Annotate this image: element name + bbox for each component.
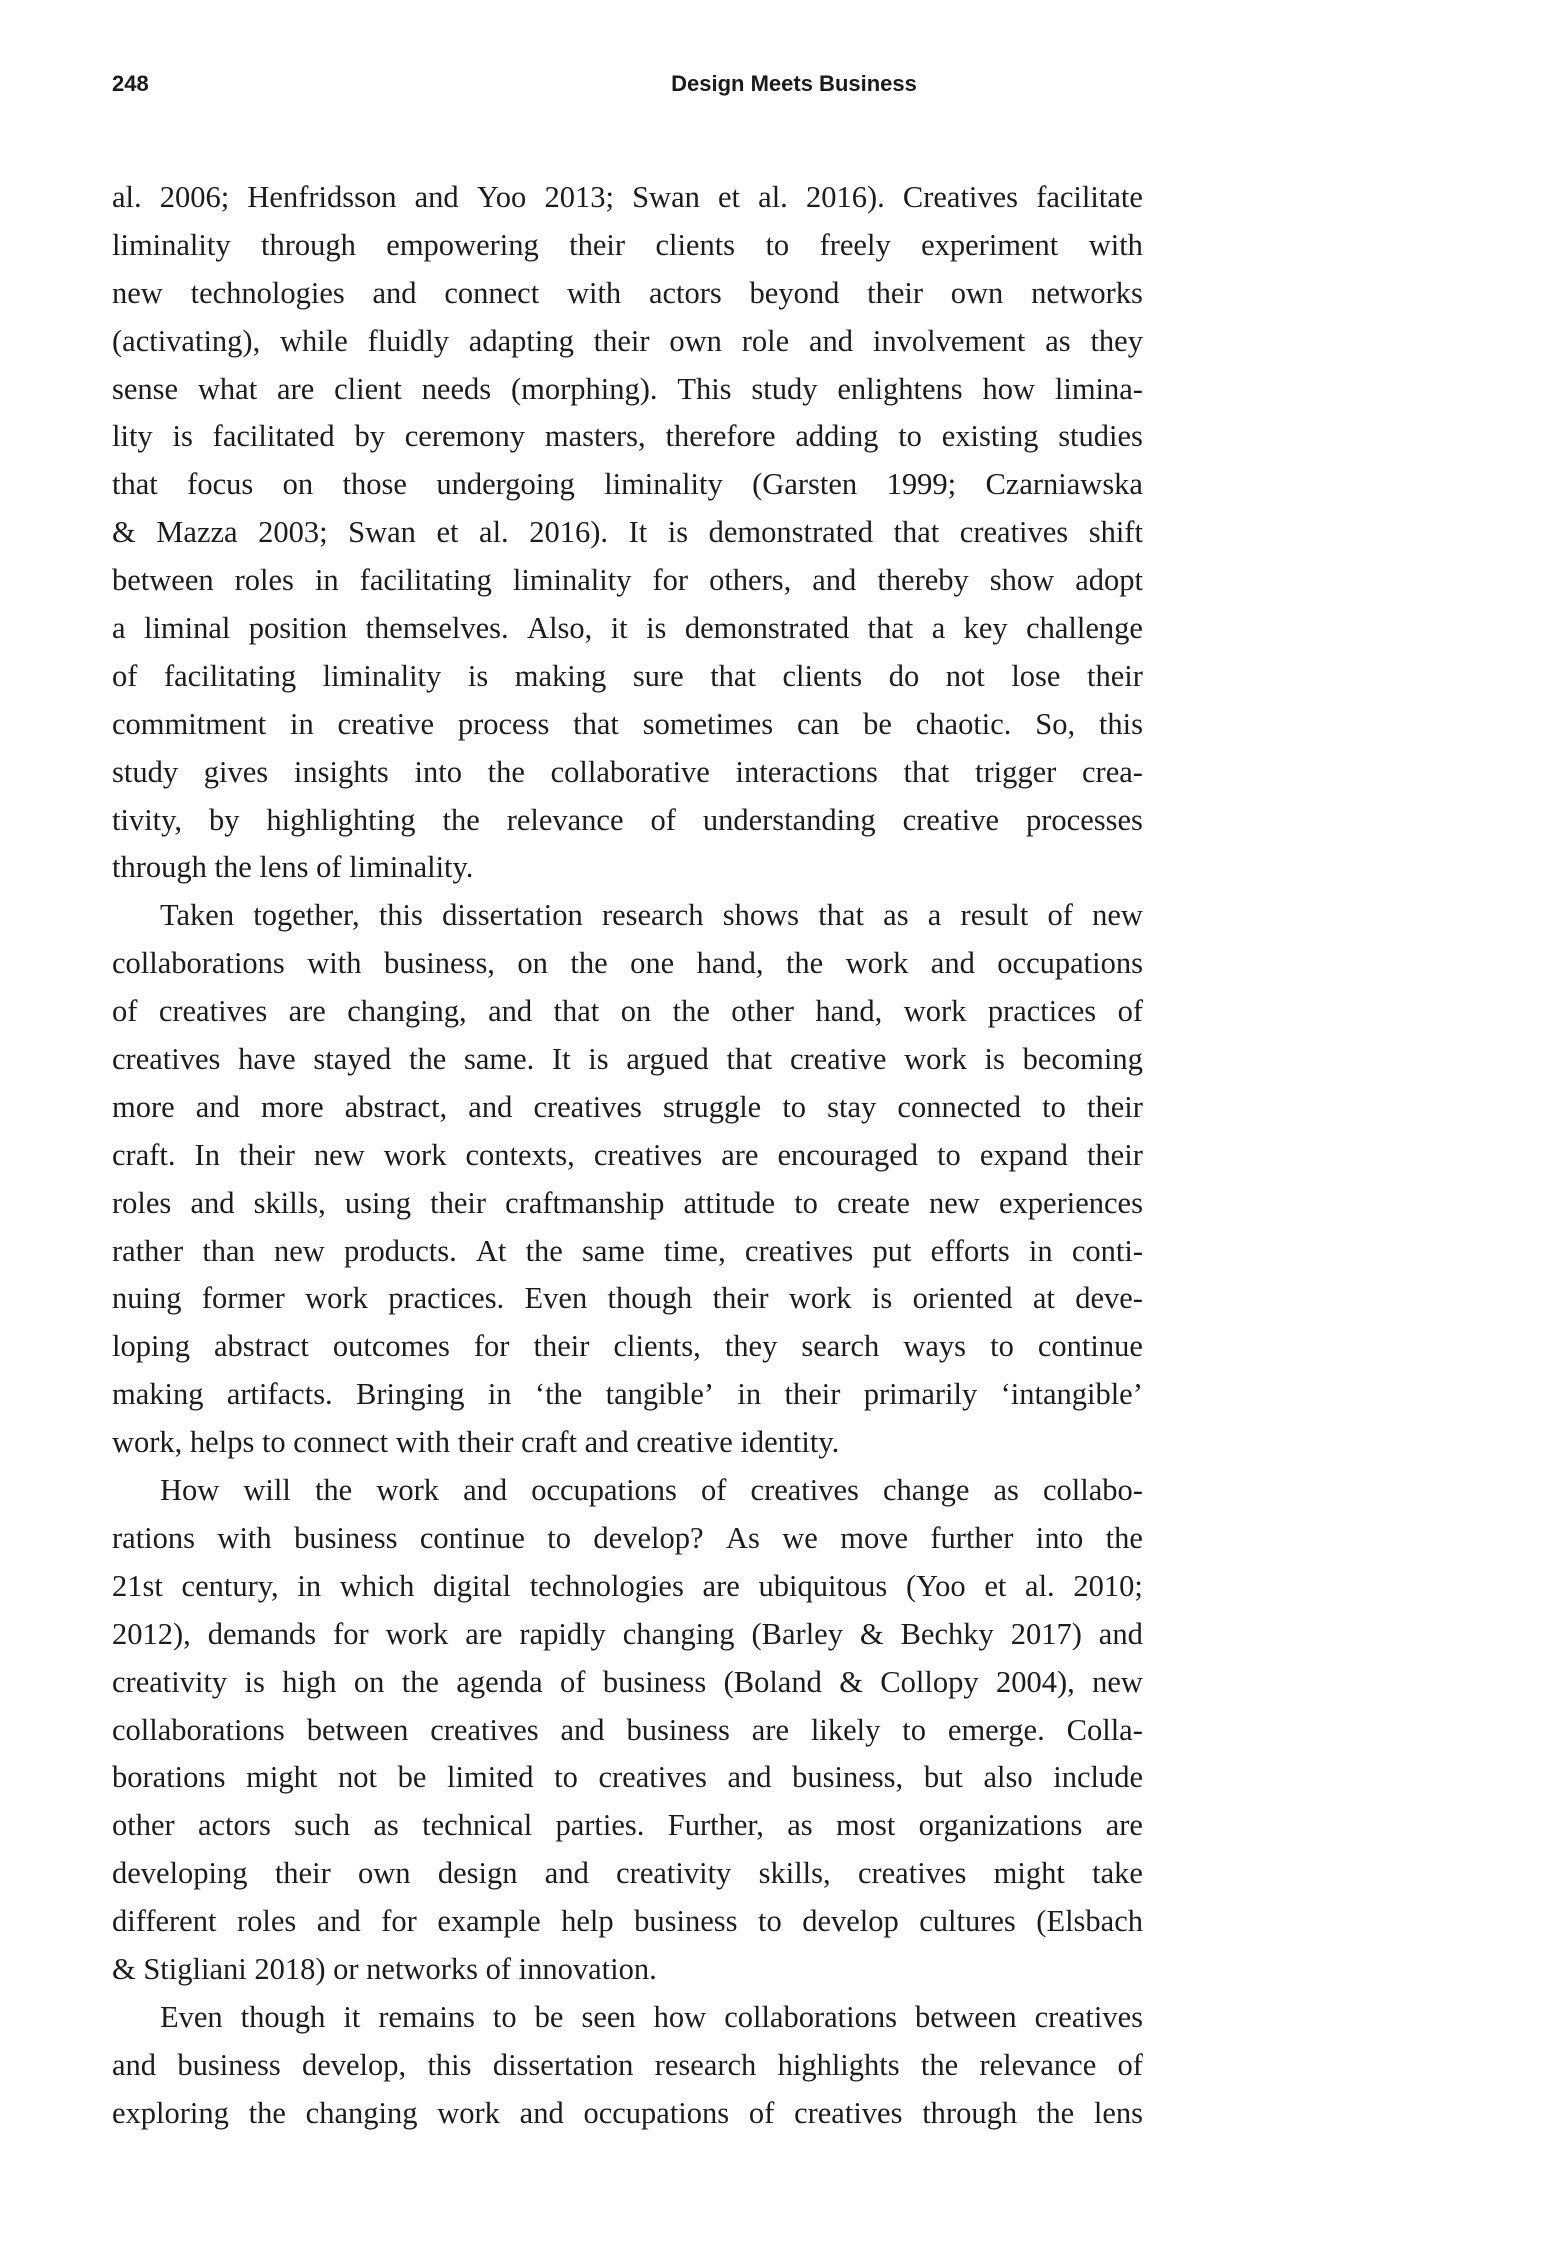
word: (Barley xyxy=(752,1611,843,1659)
word: those xyxy=(343,461,407,509)
text-line: borationsmightnotbelimitedtocreativesand… xyxy=(112,1754,1143,1802)
word: understanding xyxy=(703,797,876,845)
word: lens xyxy=(1094,2090,1143,2138)
word: their xyxy=(569,222,625,270)
word: and xyxy=(1099,1611,1143,1659)
word: for xyxy=(381,1898,417,1946)
text-line: makingartifacts.Bringingin‘thetangible’i… xyxy=(112,1371,1143,1419)
word: borations xyxy=(112,1754,226,1802)
word: are xyxy=(721,1132,758,1180)
word: Collopy xyxy=(880,1659,978,1707)
word: demonstrated xyxy=(709,509,873,557)
word: relevance xyxy=(979,2042,1096,2090)
word: develop xyxy=(802,1898,899,1946)
word: Bechky xyxy=(901,1611,994,1659)
word: facilitate xyxy=(1036,174,1143,222)
word: between xyxy=(307,1707,409,1755)
word: on xyxy=(621,988,652,1036)
word: the xyxy=(673,988,710,1036)
word: change xyxy=(883,1467,969,1515)
word: of xyxy=(701,1467,726,1515)
word: develop, xyxy=(302,2042,406,2090)
word: creatives xyxy=(1035,1994,1143,2042)
text-line: Takentogether,thisdissertationresearchsh… xyxy=(112,892,1143,940)
word: for xyxy=(474,1323,510,1371)
text-line: lopingabstractoutcomesfortheirclients,th… xyxy=(112,1323,1143,1371)
word: in xyxy=(315,557,339,605)
word: collabo- xyxy=(1043,1467,1143,1515)
word: work xyxy=(904,1036,967,1084)
word: adopt xyxy=(1075,557,1143,605)
word: facilitating xyxy=(164,653,296,701)
word: technical xyxy=(422,1802,532,1850)
word: this xyxy=(427,2042,471,2090)
word: be xyxy=(863,701,892,749)
word: business, xyxy=(792,1754,903,1802)
word: is xyxy=(646,605,666,653)
word: expand xyxy=(980,1132,1068,1180)
word: Colla- xyxy=(1067,1707,1143,1755)
text-line: craft.Intheirnewworkcontexts,creativesar… xyxy=(112,1132,1143,1180)
word: new xyxy=(929,1180,980,1228)
word: abstract xyxy=(214,1323,309,1371)
word: include xyxy=(1053,1754,1143,1802)
word: to xyxy=(547,1515,571,1563)
word: develop? xyxy=(593,1515,703,1563)
word: also xyxy=(983,1754,1032,1802)
text-line: collaborationsbetweencreativesandbusines… xyxy=(112,1707,1143,1755)
word: and xyxy=(190,1180,234,1228)
word: shift xyxy=(1089,509,1143,557)
text-line: moreandmoreabstract,andcreativesstruggle… xyxy=(112,1084,1143,1132)
text-line: 2012),demandsforworkarerapidlychanging(B… xyxy=(112,1611,1143,1659)
text-line: differentrolesandforexamplehelpbusinesst… xyxy=(112,1898,1143,1946)
word: and xyxy=(727,1754,771,1802)
word: needs xyxy=(422,366,491,414)
word: skills, xyxy=(254,1180,326,1228)
word: 2013; xyxy=(544,174,613,222)
word: high xyxy=(282,1659,336,1707)
word: seen xyxy=(581,1994,635,2042)
word: different xyxy=(112,1898,216,1946)
word: skills, xyxy=(759,1850,831,1898)
word: through xyxy=(922,2090,1017,2138)
word: craft. xyxy=(112,1132,176,1180)
word: of xyxy=(650,797,675,845)
word: (Garsten xyxy=(752,461,857,509)
text-line: offacilitatingliminalityismakingsurethat… xyxy=(112,653,1143,701)
word: that xyxy=(894,509,940,557)
word: a xyxy=(928,892,942,940)
word: rations xyxy=(112,1515,195,1563)
word: (Elsbach xyxy=(1036,1898,1143,1946)
word: as xyxy=(373,1802,398,1850)
word: to xyxy=(554,1754,578,1802)
word: this xyxy=(379,892,423,940)
running-title: Design Meets Business xyxy=(655,70,933,98)
word: At xyxy=(476,1228,507,1276)
word: sense xyxy=(112,366,178,414)
word: (morphing). xyxy=(511,366,658,414)
word: though xyxy=(608,1275,693,1323)
word: likely xyxy=(811,1707,880,1755)
word: encouraged xyxy=(777,1132,918,1180)
word: gives xyxy=(204,749,268,797)
word: that xyxy=(554,988,600,1036)
word: on xyxy=(283,461,314,509)
word: the xyxy=(488,749,525,797)
word: demonstrated xyxy=(685,605,849,653)
word: sure xyxy=(633,653,684,701)
word: will xyxy=(243,1467,290,1515)
text-line: 21stcentury,inwhichdigitaltechnologiesar… xyxy=(112,1563,1143,1611)
word: study xyxy=(112,749,178,797)
word: collaborations xyxy=(112,1707,285,1755)
word: Czarniawska xyxy=(985,461,1143,509)
word: which xyxy=(340,1563,415,1611)
text-line: ofcreativesarechanging,andthatontheother… xyxy=(112,988,1143,1036)
word: are xyxy=(1106,1802,1143,1850)
word: this xyxy=(1099,701,1143,749)
word: new xyxy=(1092,1659,1143,1707)
word: 2004), xyxy=(996,1659,1075,1707)
word: is xyxy=(872,1275,892,1323)
word: Swan xyxy=(348,509,416,557)
word: other xyxy=(731,988,794,1036)
text-line: andbusinessdevelop,thisdissertationresea… xyxy=(112,2042,1143,2090)
word: 1999; xyxy=(887,461,956,509)
word: the xyxy=(921,2042,958,2090)
word: undergoing xyxy=(436,461,574,509)
word: lose xyxy=(1011,653,1060,701)
word: more xyxy=(261,1084,324,1132)
word: using xyxy=(345,1180,411,1228)
word: the xyxy=(1106,1515,1143,1563)
word: al. xyxy=(758,174,788,222)
word: by xyxy=(209,797,240,845)
word: is xyxy=(985,1036,1005,1084)
word: It xyxy=(629,509,648,557)
word: artifacts. xyxy=(227,1371,333,1419)
word: process xyxy=(458,701,549,749)
word: one xyxy=(630,940,674,988)
word: own xyxy=(358,1850,411,1898)
word: changing xyxy=(623,1611,735,1659)
word: in xyxy=(737,1371,761,1419)
word: continue xyxy=(1038,1323,1143,1371)
word: experiment xyxy=(921,222,1058,270)
word: (activating), xyxy=(112,318,260,366)
word: facilitated xyxy=(213,413,335,461)
word: & xyxy=(112,509,136,557)
word: study xyxy=(751,366,817,414)
word: what xyxy=(198,366,257,414)
word: be xyxy=(398,1754,427,1802)
word: facilitating xyxy=(360,557,492,605)
word: to xyxy=(765,222,789,270)
word: position xyxy=(249,605,347,653)
word: As xyxy=(726,1515,760,1563)
word: & xyxy=(839,1659,863,1707)
word: work xyxy=(904,988,967,1036)
word: adding xyxy=(795,413,878,461)
word: new xyxy=(112,270,163,318)
word: that xyxy=(726,1036,772,1084)
word: with xyxy=(217,1515,271,1563)
word: focus xyxy=(187,461,253,509)
word: beyond xyxy=(750,270,840,318)
word: same. xyxy=(464,1036,534,1084)
word: creativity xyxy=(616,1850,731,1898)
word: create xyxy=(837,1180,910,1228)
word: of xyxy=(112,653,137,701)
text-line: newtechnologiesandconnectwithactorsbeyon… xyxy=(112,270,1143,318)
word: their xyxy=(594,318,650,366)
word: their xyxy=(430,1180,486,1228)
word: role xyxy=(742,318,789,366)
text-line: aliminalpositionthemselves.Also,itisdemo… xyxy=(112,605,1143,653)
word: actors xyxy=(649,270,722,318)
word: abstract, xyxy=(345,1084,447,1132)
word: their xyxy=(713,1275,769,1323)
word: the xyxy=(409,1036,446,1084)
word: as xyxy=(993,1467,1018,1515)
word: other xyxy=(112,1802,175,1850)
word: we xyxy=(782,1515,818,1563)
text-line: work, helps to connect with their craft … xyxy=(112,1419,1143,1467)
word: are xyxy=(703,1563,740,1611)
word: craftmanship xyxy=(505,1180,664,1228)
word: insights xyxy=(294,749,389,797)
word: they xyxy=(1090,318,1143,366)
word: are xyxy=(277,366,314,414)
word: Swan xyxy=(632,174,700,222)
word: is xyxy=(588,1036,608,1084)
word: not xyxy=(338,1754,377,1802)
word: making xyxy=(112,1371,204,1419)
word: This xyxy=(677,366,731,414)
word: changing, xyxy=(347,988,466,1036)
word: adapting xyxy=(469,318,574,366)
word: former xyxy=(202,1275,285,1323)
word: creative xyxy=(338,701,435,749)
word: client xyxy=(334,366,402,414)
text-line: creativeshavestayedthesame.Itisarguedtha… xyxy=(112,1036,1143,1084)
word: that xyxy=(904,749,950,797)
word: between xyxy=(112,557,214,605)
text-line: al.2006;HenfridssonandYoo2013;Swanetal.2… xyxy=(112,174,1143,222)
word: on xyxy=(354,1659,385,1707)
word: and xyxy=(317,1898,361,1946)
word: the xyxy=(786,940,823,988)
word: creatives xyxy=(159,988,267,1036)
word: clients, xyxy=(614,1323,701,1371)
word: networks xyxy=(1031,270,1143,318)
word: therefore xyxy=(665,413,775,461)
text-line: lityisfacilitatedbyceremonymasters,there… xyxy=(112,413,1143,461)
text-line: rationswithbusinesscontinuetodevelop?Asw… xyxy=(112,1515,1143,1563)
word: business xyxy=(177,2042,280,2090)
word: they xyxy=(725,1323,778,1371)
word: creatives xyxy=(594,1132,702,1180)
word: in xyxy=(1029,1228,1053,1276)
word: processes xyxy=(1026,797,1143,845)
word: existing xyxy=(942,413,1039,461)
word: Yoo xyxy=(477,174,526,222)
word: tangible’ xyxy=(606,1371,714,1419)
word: creatives xyxy=(112,1036,220,1084)
text-line: ratherthannewproducts.Atthesametime,crea… xyxy=(112,1228,1143,1276)
word: collaborations xyxy=(724,1994,897,2042)
text-line: collaborationswithbusiness,ontheonehand,… xyxy=(112,940,1143,988)
paragraph-2: Takentogether,thisdissertationresearchsh… xyxy=(112,892,1143,1467)
word: 2010; xyxy=(1073,1563,1142,1611)
word: 2006; xyxy=(160,174,229,222)
body-text: al.2006;HenfridssonandYoo2013;Swanetal.2… xyxy=(112,174,1143,2138)
word: such xyxy=(294,1802,350,1850)
word: agenda xyxy=(456,1659,542,1707)
word: to xyxy=(493,1994,517,2042)
word: outcomes xyxy=(333,1323,450,1371)
word: others, xyxy=(709,557,791,605)
word: new xyxy=(1092,892,1143,940)
word: business xyxy=(626,1707,729,1755)
word: the xyxy=(249,2090,286,2138)
word: dissertation xyxy=(493,2042,634,2090)
word: liminality xyxy=(513,557,632,605)
text-line: betweenrolesinfacilitatingliminalityforo… xyxy=(112,557,1143,605)
page-number: 248 xyxy=(112,70,149,98)
word: collaborative xyxy=(551,749,710,797)
word: creatives xyxy=(430,1707,538,1755)
word: to xyxy=(898,413,922,461)
word: connected xyxy=(897,1084,1021,1132)
word: empowering xyxy=(386,222,538,270)
word: might xyxy=(994,1850,1065,1898)
word: and xyxy=(561,1707,605,1755)
word: In xyxy=(195,1132,220,1180)
word: and xyxy=(545,1850,589,1898)
word: roles xyxy=(237,1898,296,1946)
word: that xyxy=(573,701,619,749)
word: struggle xyxy=(663,1084,761,1132)
word: creatives xyxy=(794,2090,902,2138)
word: show xyxy=(990,557,1054,605)
word: connect xyxy=(444,270,539,318)
word: 2016). xyxy=(529,509,608,557)
word: creatives xyxy=(858,1850,966,1898)
word: and xyxy=(415,174,459,222)
word: al. xyxy=(1025,1563,1055,1611)
text-line: through the lens of liminality. xyxy=(112,844,1143,892)
word: creatives xyxy=(751,1467,859,1515)
word: but xyxy=(924,1754,963,1802)
word: their xyxy=(785,1371,841,1419)
text-line: tivity,byhighlightingtherelevanceofunder… xyxy=(112,797,1143,845)
word: business xyxy=(634,1898,737,1946)
word: work xyxy=(305,1275,368,1323)
word: practices. xyxy=(388,1275,504,1323)
word: between xyxy=(915,1994,1017,2042)
word: fluidly xyxy=(368,318,449,366)
word: contexts, xyxy=(466,1132,575,1180)
word: emerge. xyxy=(948,1707,1045,1755)
word: put xyxy=(872,1228,911,1276)
word: is xyxy=(173,413,193,461)
word: can xyxy=(797,701,839,749)
text-line: commitmentincreativeprocessthatsometimes… xyxy=(112,701,1143,749)
word: with xyxy=(567,270,621,318)
text-line: &Mazza2003;Swanetal.2016).Itisdemonstrat… xyxy=(112,509,1143,557)
word: are xyxy=(752,1707,789,1755)
word: How xyxy=(160,1467,219,1515)
word: creativity xyxy=(112,1659,227,1707)
word: and xyxy=(112,2042,156,2090)
word: cultures xyxy=(919,1898,1016,1946)
word: themselves. xyxy=(365,605,508,653)
word: search xyxy=(801,1323,879,1371)
word: and xyxy=(520,2090,564,2138)
word: further xyxy=(930,1515,1013,1563)
word: in xyxy=(297,1563,321,1611)
word: demands xyxy=(208,1611,316,1659)
word: in xyxy=(290,701,314,749)
word: and xyxy=(931,940,975,988)
word: how xyxy=(654,1994,707,2042)
word: collaborations xyxy=(112,940,285,988)
word: is xyxy=(468,653,488,701)
word: et xyxy=(718,174,740,222)
word: Creatives xyxy=(903,174,1018,222)
word: with xyxy=(1089,222,1143,270)
word: highlights xyxy=(778,2042,900,2090)
word: continue xyxy=(420,1515,525,1563)
word: their xyxy=(1087,1084,1143,1132)
word: it xyxy=(611,605,628,653)
word: of xyxy=(1118,2042,1143,2090)
word: how xyxy=(983,366,1036,414)
page-header: 248 Design Meets Business xyxy=(0,0,1547,110)
word: into xyxy=(1036,1515,1083,1563)
word: loping xyxy=(112,1323,190,1371)
word: limited xyxy=(447,1754,533,1802)
word: So, xyxy=(1035,701,1075,749)
word: of xyxy=(112,988,137,1036)
word: while xyxy=(280,318,348,366)
word: new xyxy=(274,1228,325,1276)
word: to xyxy=(902,1707,926,1755)
word: lity xyxy=(112,413,153,461)
word: move xyxy=(840,1515,908,1563)
word: together, xyxy=(253,892,359,940)
word: commitment xyxy=(112,701,266,749)
word: be xyxy=(535,1994,564,2042)
word: as xyxy=(787,1802,812,1850)
word: might xyxy=(246,1754,317,1802)
word: liminal xyxy=(144,605,230,653)
text-line: rolesandskills,usingtheircraftmanshipatt… xyxy=(112,1180,1143,1228)
word: work xyxy=(386,1611,449,1659)
word: (Yoo xyxy=(906,1563,966,1611)
word: their xyxy=(1087,653,1143,701)
word: as xyxy=(883,892,908,940)
word: organizations xyxy=(919,1802,1083,1850)
word: roles xyxy=(112,1180,171,1228)
word: their xyxy=(1087,1132,1143,1180)
word: their xyxy=(867,270,923,318)
word: their xyxy=(275,1850,331,1898)
text-line: & Stigliani 2018) or networks of innovat… xyxy=(112,1946,1143,1994)
